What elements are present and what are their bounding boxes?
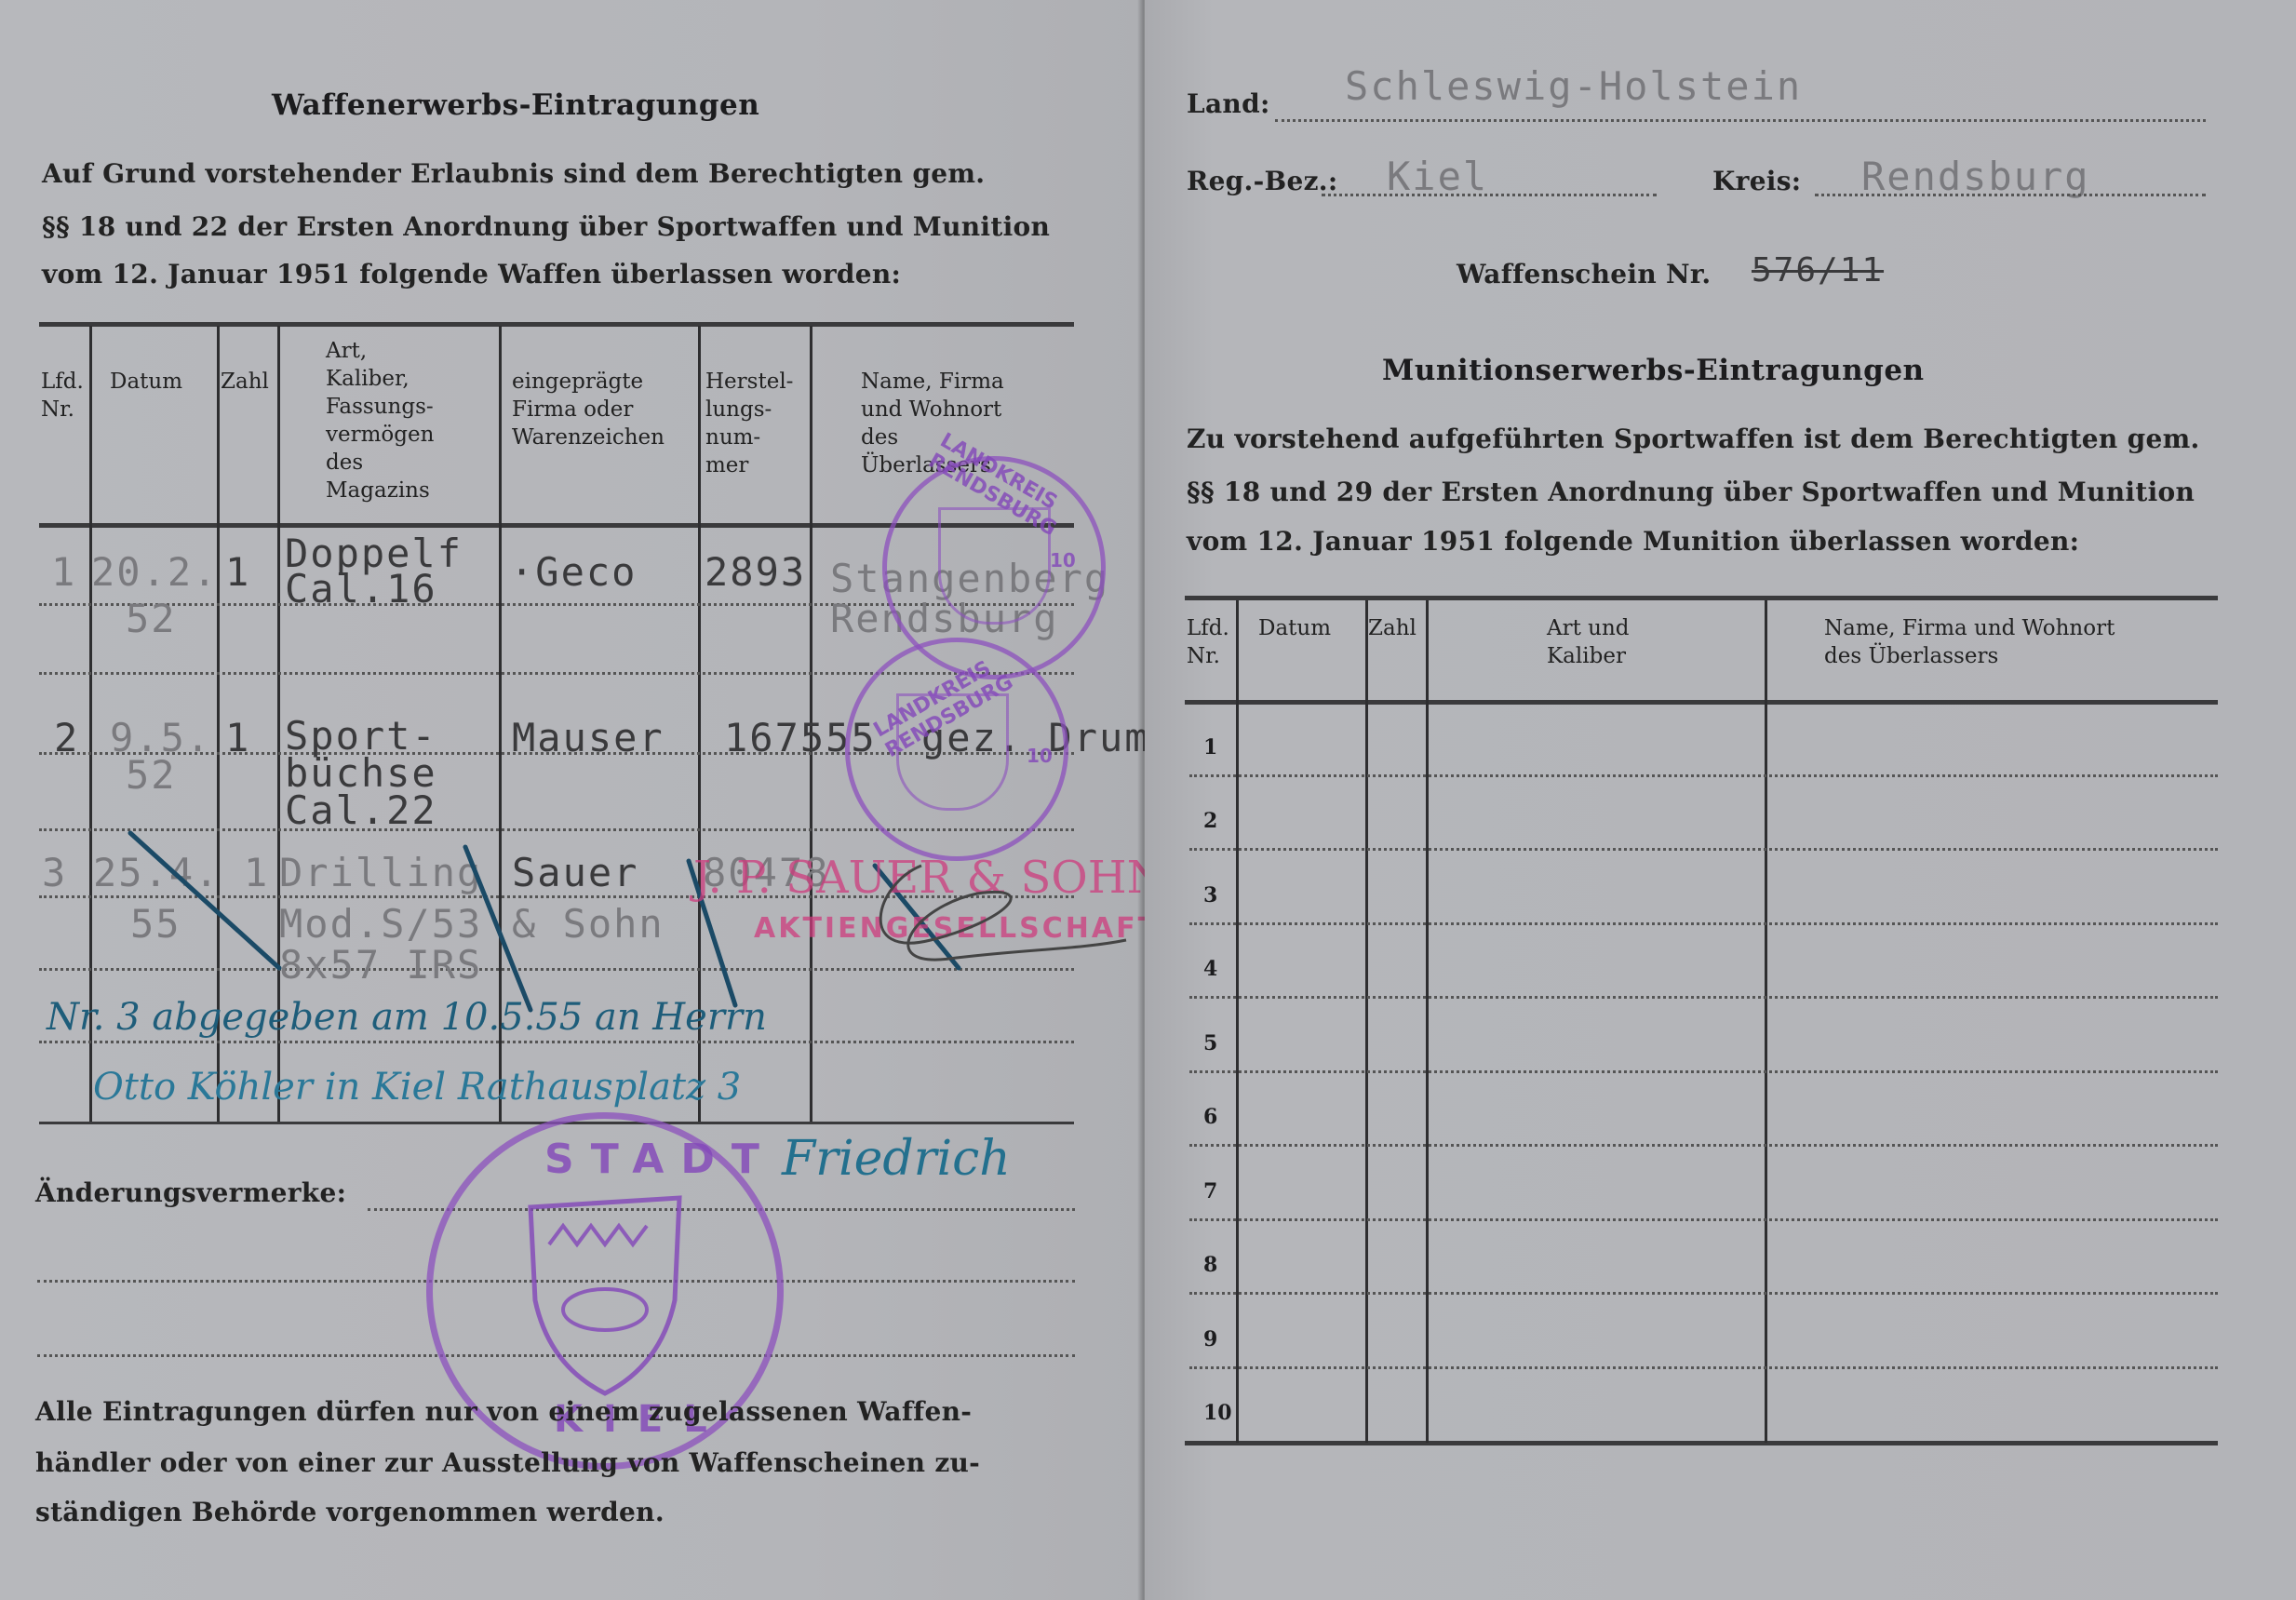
ammo-header-art: Art undKaliber [1547,614,1630,670]
ammo-row-number: 10 [1203,1401,1232,1425]
ammo-row-number: 7 [1203,1179,1217,1203]
footer-line-1: Alle Eintragungen dürfen nur von einem z… [35,1396,972,1427]
kreis-label: Kreis: [1712,166,1801,196]
ammo-row-line [1189,1144,2218,1147]
ammo-row-line [1189,1218,2218,1221]
ammo-row-line [1189,1292,2218,1295]
ammo-row-number: 9 [1203,1327,1217,1351]
ammo-row-line [1189,848,2218,851]
ammo-row-number: 1 [1203,735,1217,760]
ammo-intro-line-2: §§ 18 und 29 der Ersten Anordnung über S… [1187,477,2195,507]
footer-line-3: ständigen Behörde vorgenommen werden. [35,1497,665,1527]
ammo-row-line [1189,1070,2218,1073]
ammo-row-line [1189,1366,2218,1369]
handwritten-note-line-2: Otto Köhler in Kiel Rathausplatz 3 [93,1066,741,1109]
regbez-value: Kiel [1387,154,1488,199]
ammo-row-line [1189,996,2218,999]
ammo-row-number: 6 [1203,1105,1217,1129]
ammo-header-zahl: Zahl [1368,614,1417,642]
handwritten-note-line-1: Nr. 3 abgegeben am 10.5.55 an Herrn [47,996,767,1039]
rendsburg-stamp-2: LANDKREIS RENDSBURG 10 [845,638,1068,861]
right-page: Land: Schleswig-Holstein Reg.-Bez.: Kiel… [1145,0,2296,1600]
ammo-row-number: 5 [1203,1031,1217,1055]
ammo-row-line [1189,922,2218,925]
waffenschein-value: 576/11 [1752,251,1884,289]
ammo-header-lfd-nr: Lfd.Nr. [1187,614,1229,670]
ammo-intro-line-1: Zu vorstehend aufgeführten Sportwaffen i… [1187,424,2200,454]
ammo-row-line [1189,774,2218,777]
changes-label: Änderungsvermerke: [35,1177,346,1208]
ammo-header-name: Name, Firma und Wohnortdes Überlassers [1824,614,2115,670]
regbez-label: Reg.-Bez.: [1187,166,1338,196]
left-page: Waffenerwerbs-Eintragungen Auf Grund vor… [0,0,1145,1600]
coat-of-arms-icon [896,693,1009,811]
land-label: Land: [1187,88,1270,119]
ammo-title: Munitionserwerbs-Eintragungen [1382,354,1925,387]
land-value: Schleswig-Holstein [1345,63,1802,109]
coat-of-arms-icon [938,507,1051,625]
signature: Friedrich [782,1131,1011,1187]
waffenschein-label: Waffenschein Nr. [1457,259,1711,289]
footer-line-2: händler oder von einer zur Ausstellung v… [35,1447,980,1478]
ammo-row-number: 4 [1203,957,1217,981]
ammo-intro-line-3: vom 12. Januar 1951 folgende Munition üb… [1187,526,2079,557]
kreis-value: Rendsburg [1861,154,2090,199]
ammo-row-number: 8 [1203,1253,1217,1277]
ammo-header-datum: Datum [1258,614,1331,642]
ammo-row-number: 3 [1203,883,1217,908]
ammo-row-number: 2 [1203,809,1217,833]
kiel-coat-of-arms-icon [512,1189,698,1403]
